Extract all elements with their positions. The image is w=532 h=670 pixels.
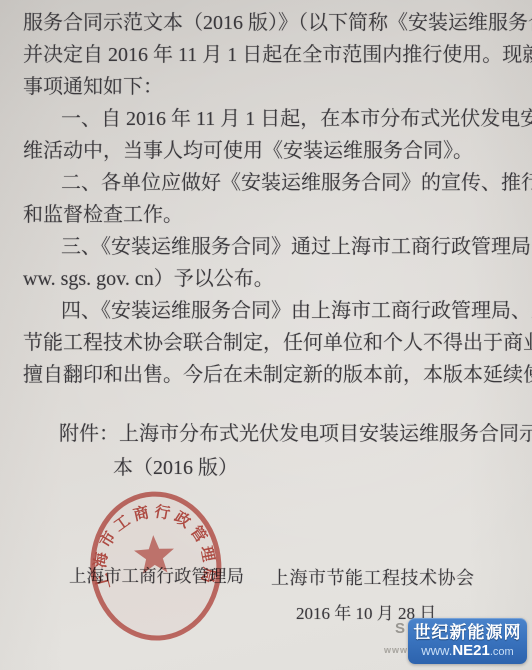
body-line: 节能工程技术协会联合制定，任何单位和个人不得出于商业目的 — [23, 327, 524, 359]
attachment-line: 附件：上海市分布式光伏发电项目安装运维服务合同示范文 — [23, 417, 524, 451]
official-red-seal: 上海市工商行政管理局 — [80, 482, 234, 655]
attachment-note: 附件：上海市分布式光伏发电项目安装运维服务合同示范文 本（2016 版） — [23, 417, 524, 485]
url-suffix: .com — [490, 646, 514, 658]
ne21-site-url: www.NE21.com — [421, 643, 513, 660]
ne21-watermark-badge: 世纪新能源网 www.NE21.com — [408, 618, 527, 664]
body-line: 服务合同示范文本（2016 版）》（以下简称《安装运维服务合同》）， — [23, 7, 524, 39]
body-line-item-3: 三、《安装运维服务合同》通过上海市工商行政管理局网站（w — [23, 231, 524, 263]
issuer-right-signature: 上海市节能工程技术协会 — [271, 564, 475, 590]
body-line: 和监督检查工作。 — [23, 199, 524, 231]
body-line: ww. sgs. gov. cn）予以公布。 — [23, 263, 524, 295]
url-brand: NE21 — [452, 642, 490, 659]
underlay-watermark-letter: S — [395, 620, 405, 637]
notice-body: 服务合同示范文本（2016 版）》（以下简称《安装运维服务合同》）， 并决定自 … — [23, 7, 524, 485]
ne21-site-name: 世纪新能源网 — [414, 623, 522, 643]
body-line: 维活动中，当事人均可使用《安装运维服务合同》。 — [23, 135, 524, 167]
body-line-item-2: 二、各单位应做好《安装运维服务合同》的宣传、推行使用 — [23, 167, 524, 199]
attachment-line: 本（2016 版） — [23, 451, 524, 485]
body-line: 事项通知如下： — [23, 71, 524, 103]
body-line: 并决定自 2016 年 11 月 1 日起在全市范围内推行使用。现就有关 — [23, 39, 524, 71]
underlay-watermark-www: www — [384, 645, 408, 655]
url-prefix: www. — [421, 643, 452, 658]
body-line-item-1: 一、自 2016 年 11 月 1 日起，在本市分布式光伏发电安装运 — [23, 103, 524, 135]
body-line-item-4: 四、《安装运维服务合同》由上海市工商行政管理局、上海市 — [23, 295, 524, 327]
body-line: 擅自翻印和出售。今后在未制定新的版本前，本版本延续使用。 — [23, 359, 524, 391]
